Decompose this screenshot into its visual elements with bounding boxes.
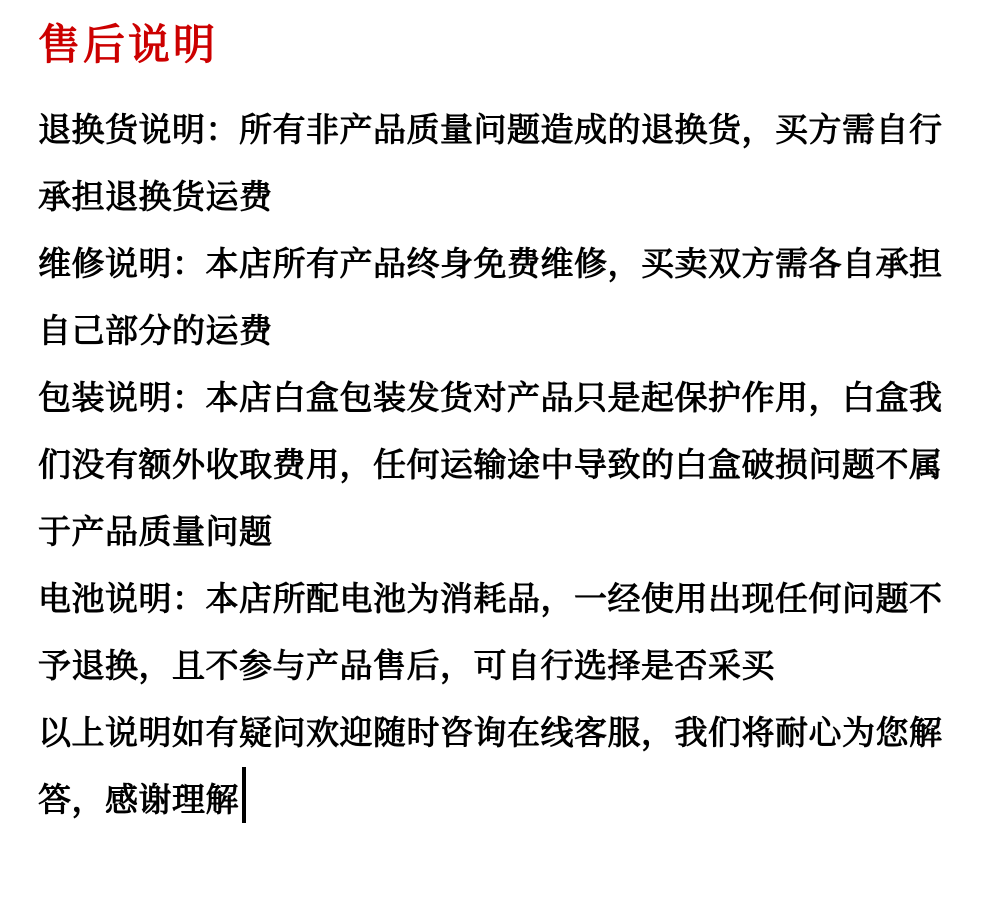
- paragraph-return-policy-text: 退换货说明：所有非产品质量问题造成的退换货，买方需自行承担退换货运费: [38, 110, 943, 216]
- paragraph-battery-policy: 电池说明：本店所配电池为消耗品，一经使用出现任何问题不予退换，且不参与产品售后，…: [38, 565, 970, 699]
- paragraph-repair-policy: 维修说明：本店所有产品终身免费维修，买卖双方需各自承担自己部分的运费: [38, 230, 970, 364]
- paragraph-repair-policy-text: 维修说明：本店所有产品终身免费维修，买卖双方需各自承担自己部分的运费: [38, 244, 943, 350]
- paragraph-closing-note: 以上说明如有疑问欢迎随时咨询在线客服，我们将耐心为您解答，感谢理解: [38, 699, 970, 833]
- text-cursor: [242, 767, 246, 823]
- paragraph-battery-policy-text: 电池说明：本店所配电池为消耗品，一经使用出现任何问题不予退换，且不参与产品售后，…: [38, 579, 943, 685]
- after-sales-notice-page: 售后说明 退换货说明：所有非产品质量问题造成的退换货，买方需自行承担退换货运费 …: [0, 0, 1000, 833]
- paragraph-packaging-policy: 包装说明：本店白盒包装发货对产品只是起保护作用，白盒我们没有额外收取费用，任何运…: [38, 364, 970, 565]
- paragraph-closing-note-text: 以上说明如有疑问欢迎随时咨询在线客服，我们将耐心为您解答，感谢理解: [38, 713, 943, 819]
- page-title: 售后说明: [38, 20, 970, 70]
- paragraph-packaging-policy-text: 包装说明：本店白盒包装发货对产品只是起保护作用，白盒我们没有额外收取费用，任何运…: [38, 378, 943, 551]
- paragraph-return-policy: 退换货说明：所有非产品质量问题造成的退换货，买方需自行承担退换货运费: [38, 96, 970, 230]
